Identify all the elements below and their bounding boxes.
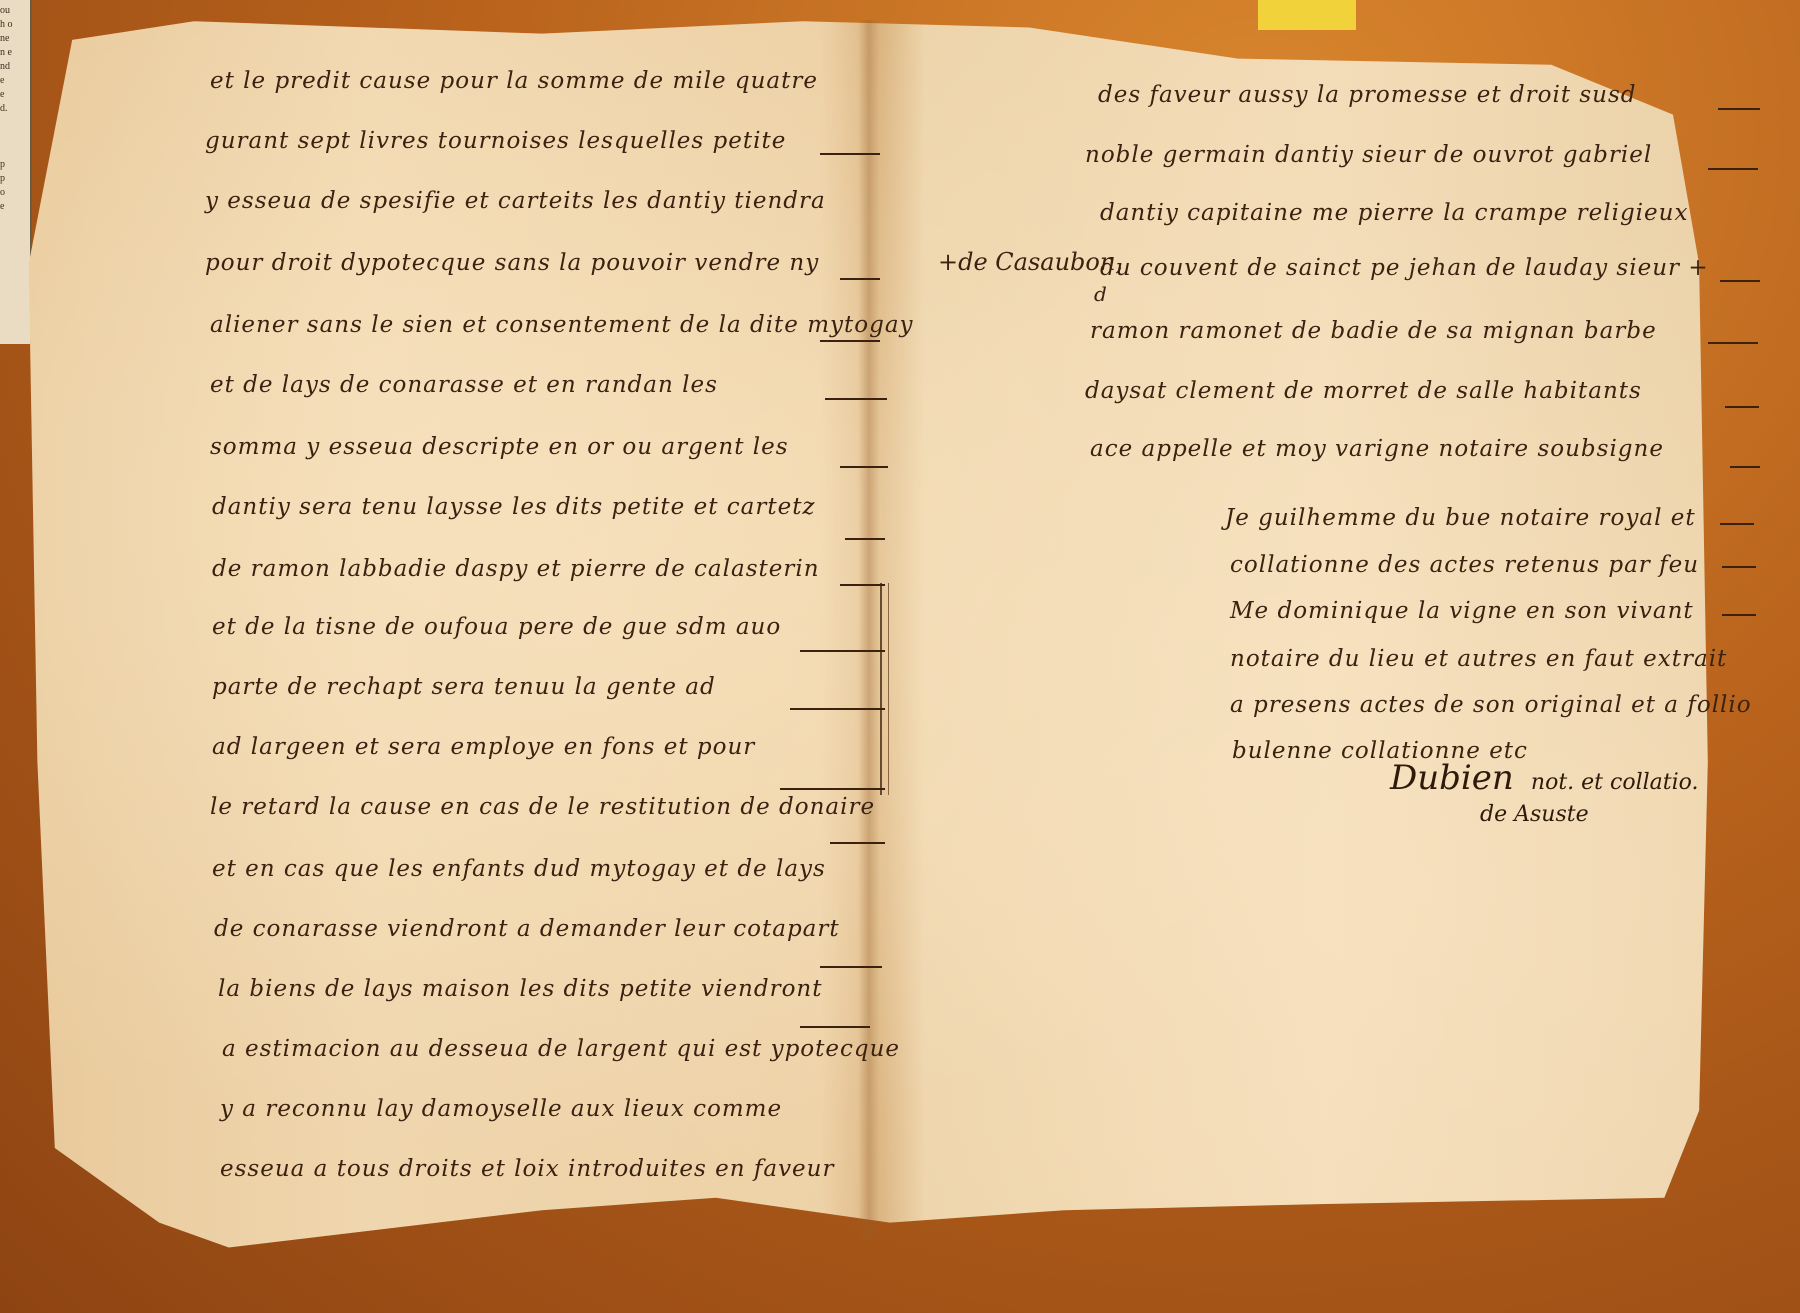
right-line-2: noble germain dantiy sieur de ouvrot gab… <box>1085 142 1652 168</box>
filler-dash <box>1708 342 1758 344</box>
filler-dash <box>1708 168 1758 170</box>
signature-suffix: not. et collatio. <box>1531 770 1699 795</box>
filler-dash <box>1718 108 1760 110</box>
filler-dash <box>1722 614 1756 616</box>
signature-name: Dubien <box>1390 758 1514 798</box>
attestation-line-1: Je guilhemme du bue notaire royal et <box>1225 505 1696 531</box>
right-line-4: du couvent de sainct pe jehan de lauday … <box>1100 255 1709 281</box>
margin-note: +de Casaubon, <box>938 248 1123 276</box>
filler-dash <box>1725 406 1759 408</box>
signature-second-line: de Asuste <box>1480 802 1589 827</box>
filler-dash <box>1720 523 1754 525</box>
filler-dash <box>1722 566 1756 568</box>
right-line-1: des faveur aussy la promesse et droit su… <box>1098 82 1637 108</box>
right-line-3: dantiy capitaine me pierre la crampe rel… <box>1100 200 1688 226</box>
right-line-7: ace appelle et moy varigne notaire soubs… <box>1090 436 1664 462</box>
attestation-line-2: collationne des actes retenus par feu <box>1230 552 1699 578</box>
attestation-line-5: a presens actes de son original et a fol… <box>1230 692 1752 718</box>
filler-dash <box>1730 466 1760 468</box>
attestation-line-3: Me dominique la vigne en son vivant <box>1230 598 1694 624</box>
right-page: +de Casaubon, d des faveur aussy la prom… <box>0 0 1800 1313</box>
notary-signature: Dubien not. et collatio. <box>1390 758 1699 798</box>
right-line-5: ramon ramonet de badie de sa mignan barb… <box>1090 318 1657 344</box>
attestation-line-4: notaire du lieu et autres en faut extrai… <box>1230 646 1727 672</box>
insertion-mark: d <box>1094 282 1107 306</box>
right-line-6: daysat clement de morret de salle habita… <box>1085 378 1642 404</box>
filler-dash <box>1720 280 1760 282</box>
